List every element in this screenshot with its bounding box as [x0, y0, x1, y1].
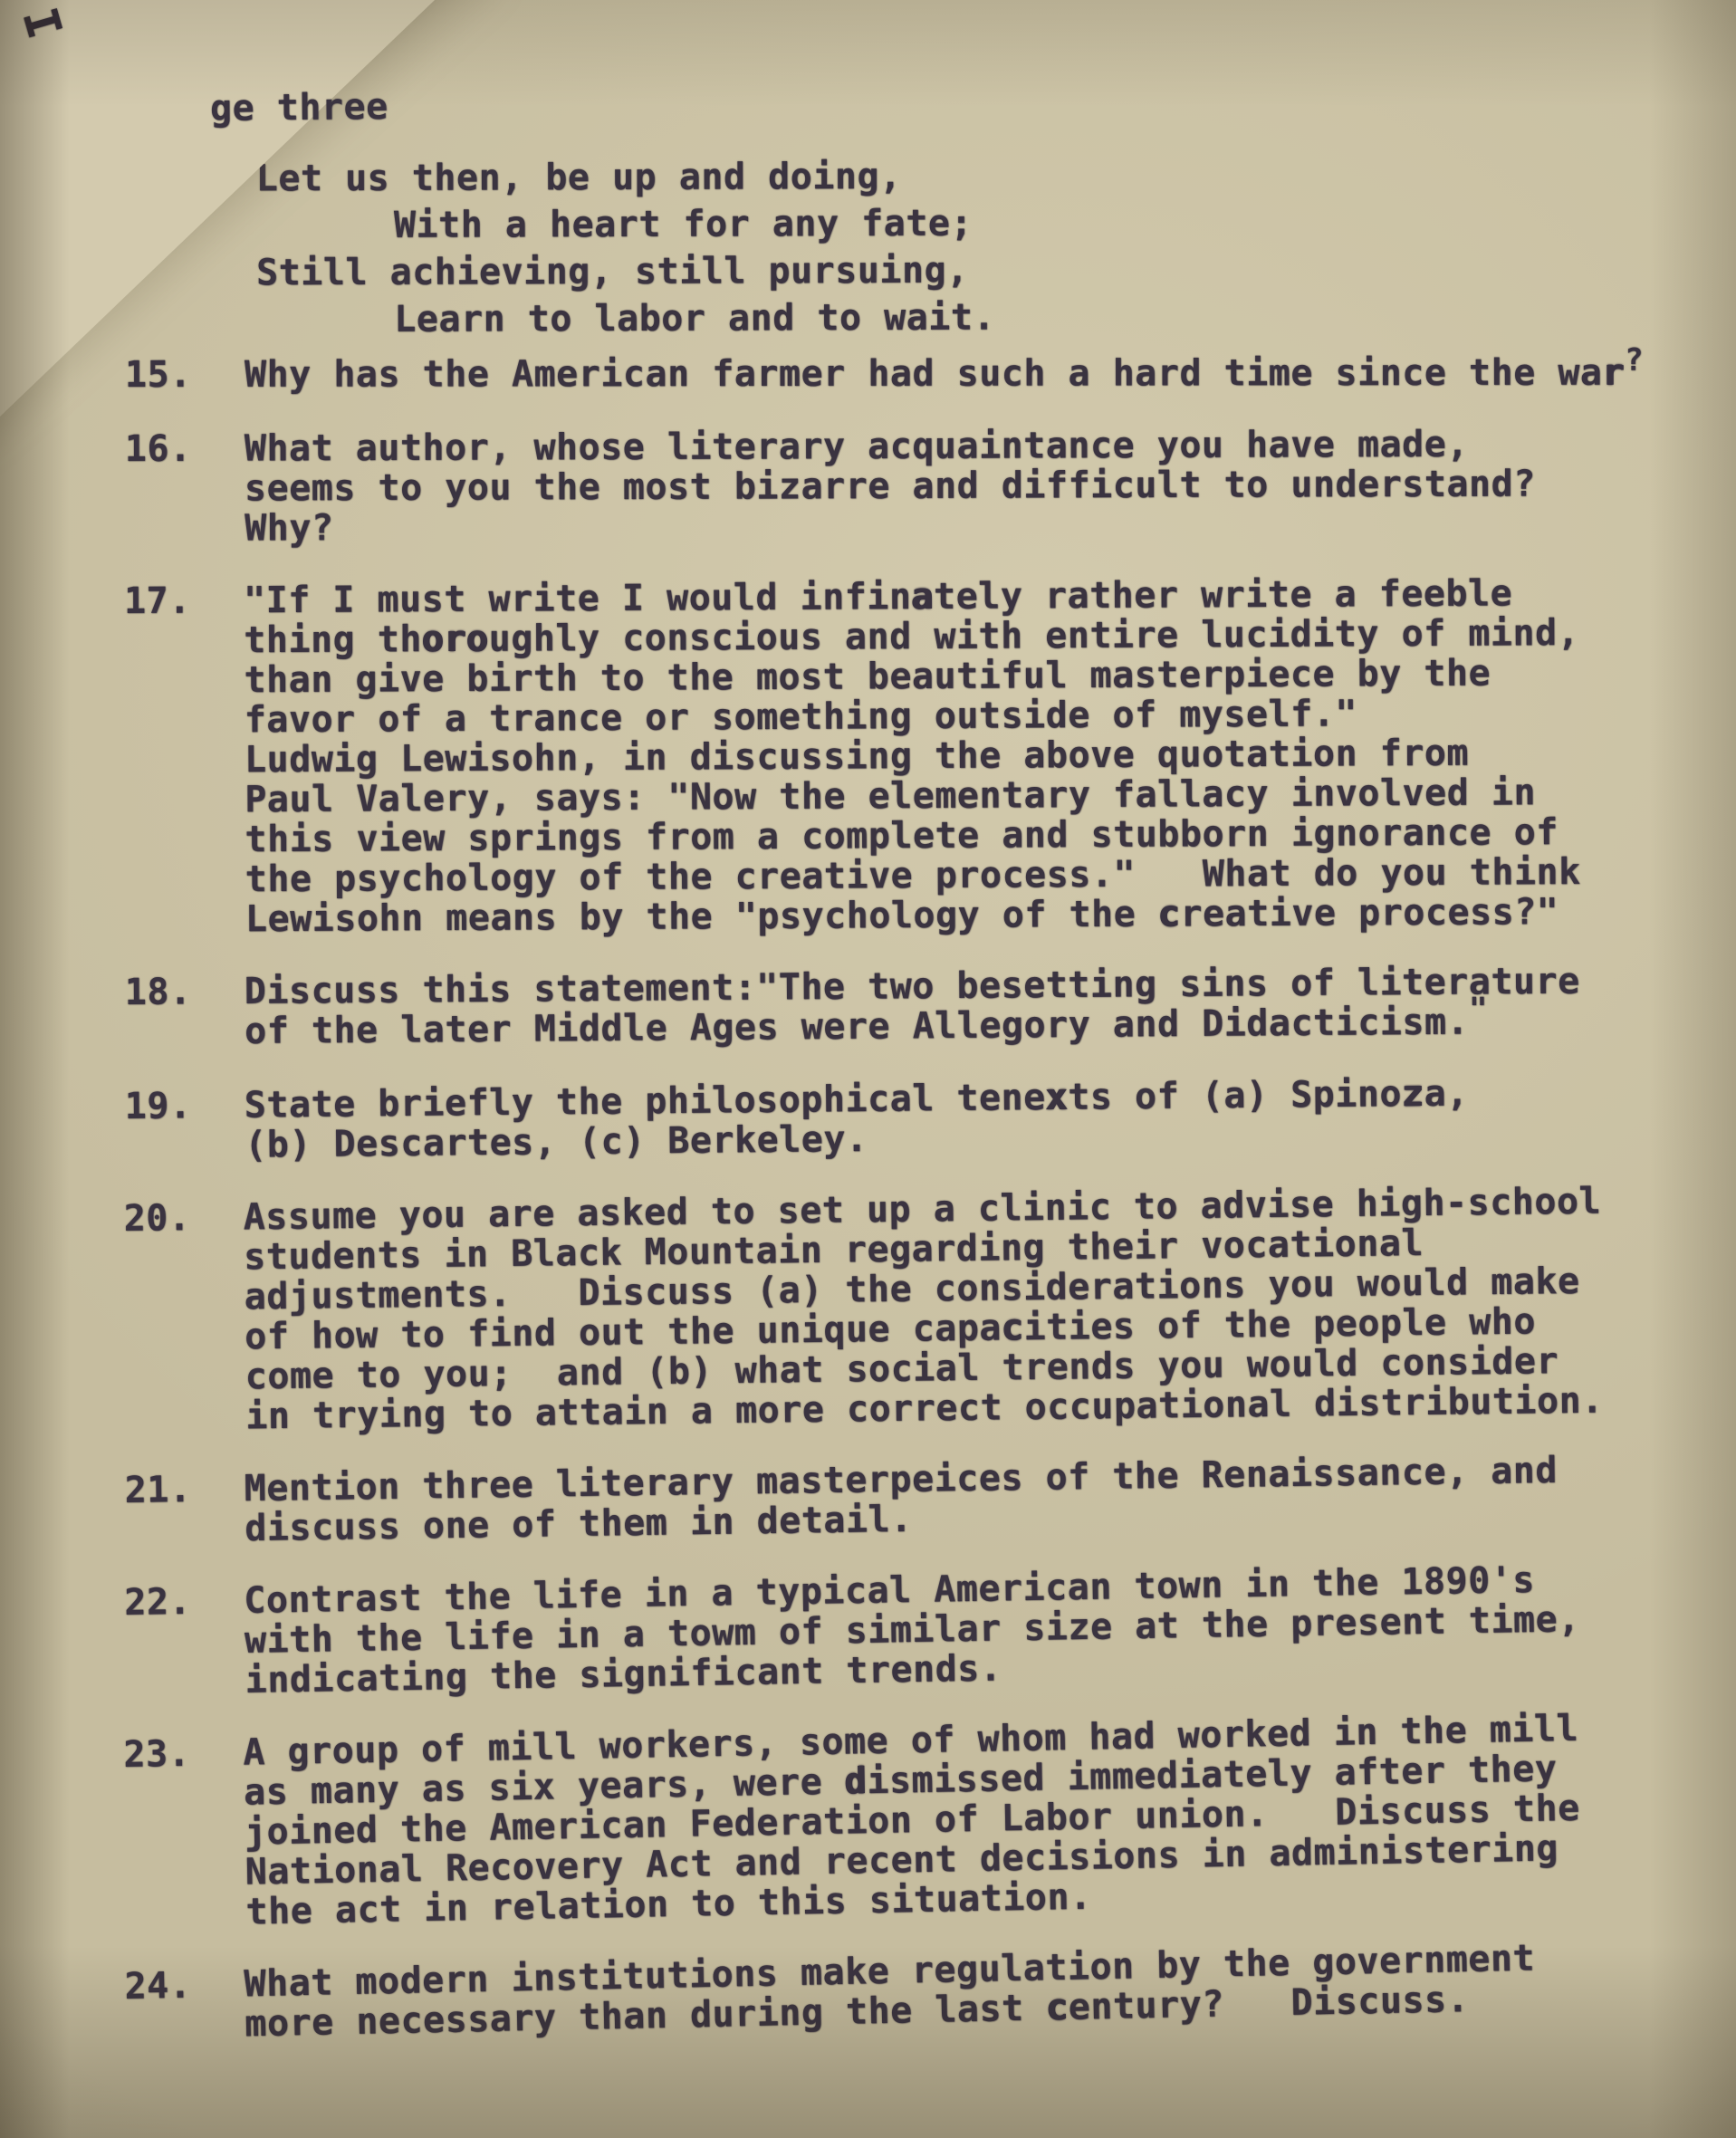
question-text: What author, whose literary acquaintance…	[245, 424, 1701, 549]
poem-line: With a heart for any fate;	[256, 200, 995, 250]
question-item: 17."If I must write I would infinately r…	[124, 572, 1702, 940]
question-text: Assume you are asked to set up a clinic …	[243, 1180, 1702, 1436]
question-line: What author, whose literary acquaintance…	[245, 424, 1701, 469]
question-item: 21.Mention three literary masterpeices o…	[124, 1449, 1701, 1550]
question-text: What modern institutions make regulation…	[244, 1935, 1701, 2045]
question-text: Why has the American farmer had such a h…	[245, 353, 1701, 397]
question-text: Contrast the life in a typical American …	[244, 1558, 1702, 1701]
question-number: 17.	[124, 580, 245, 940]
question-text: Mention three literary masterpeices of t…	[244, 1449, 1701, 1548]
question-line: of the later Middle Ages were Allegory a…	[245, 1001, 1701, 1053]
question-number: 18.	[125, 972, 245, 1054]
document-photo: I ge three Let us then, be up and doing,…	[0, 0, 1736, 2138]
poem-line: Let us then, be up and doing,	[256, 153, 995, 203]
question-item: 15.Why has the American farmer had such …	[125, 353, 1701, 397]
poem-line: Learn to labor and to wait.	[256, 294, 995, 344]
question-item: 19.State briefly the philosophical tenex…	[125, 1071, 1702, 1166]
poem-block: Let us then, be up and doing,With a hear…	[256, 153, 995, 344]
question-text: Discuss this statement:"The two besettin…	[245, 961, 1702, 1053]
question-text: A group of mill workers, some of whom ha…	[243, 1706, 1702, 1932]
question-number: 22.	[124, 1581, 245, 1702]
question-item: 20.Assume you are asked to set up a clin…	[123, 1180, 1702, 1438]
question-item: 24.What modern institutions make regulat…	[124, 1935, 1701, 2047]
question-text: "If I must write I would infinately rath…	[244, 572, 1702, 939]
questions-list: 15.Why has the American farmer had such …	[125, 355, 1701, 2079]
question-line: Why has the American farmer had such a h…	[245, 353, 1701, 397]
question-number: 15.	[125, 355, 245, 397]
question-number: 19.	[125, 1086, 245, 1166]
question-line: than give birth to the most beautiful ma…	[244, 652, 1700, 700]
question-line: Lewisohn means by the "psychology of the…	[245, 891, 1702, 939]
page-number-fragment: ge three	[210, 86, 388, 129]
question-item: 18.Discuss this statement:"The two beset…	[125, 961, 1702, 1054]
question-number: 16.	[125, 429, 245, 549]
question-number: 20.	[123, 1197, 245, 1438]
question-number: 24.	[124, 1964, 245, 2047]
poem-line: Still achieving, still pursuing,	[256, 247, 995, 297]
question-item: 16.What author, whose literary acquainta…	[125, 424, 1701, 549]
question-number: 21.	[124, 1469, 245, 1550]
question-item: 23.A group of mill workers, some of whom…	[123, 1706, 1702, 1934]
question-number: 23.	[123, 1733, 246, 1934]
fold-text-fragment: I	[12, 2, 72, 44]
question-item: 22.Contrast the life in a typical Americ…	[124, 1558, 1702, 1702]
question-line: Why?	[245, 503, 1701, 549]
question-line: seems to you the most bizarre and diffic…	[245, 464, 1701, 509]
question-text: State briefly the philosophical tenexts …	[245, 1071, 1702, 1165]
